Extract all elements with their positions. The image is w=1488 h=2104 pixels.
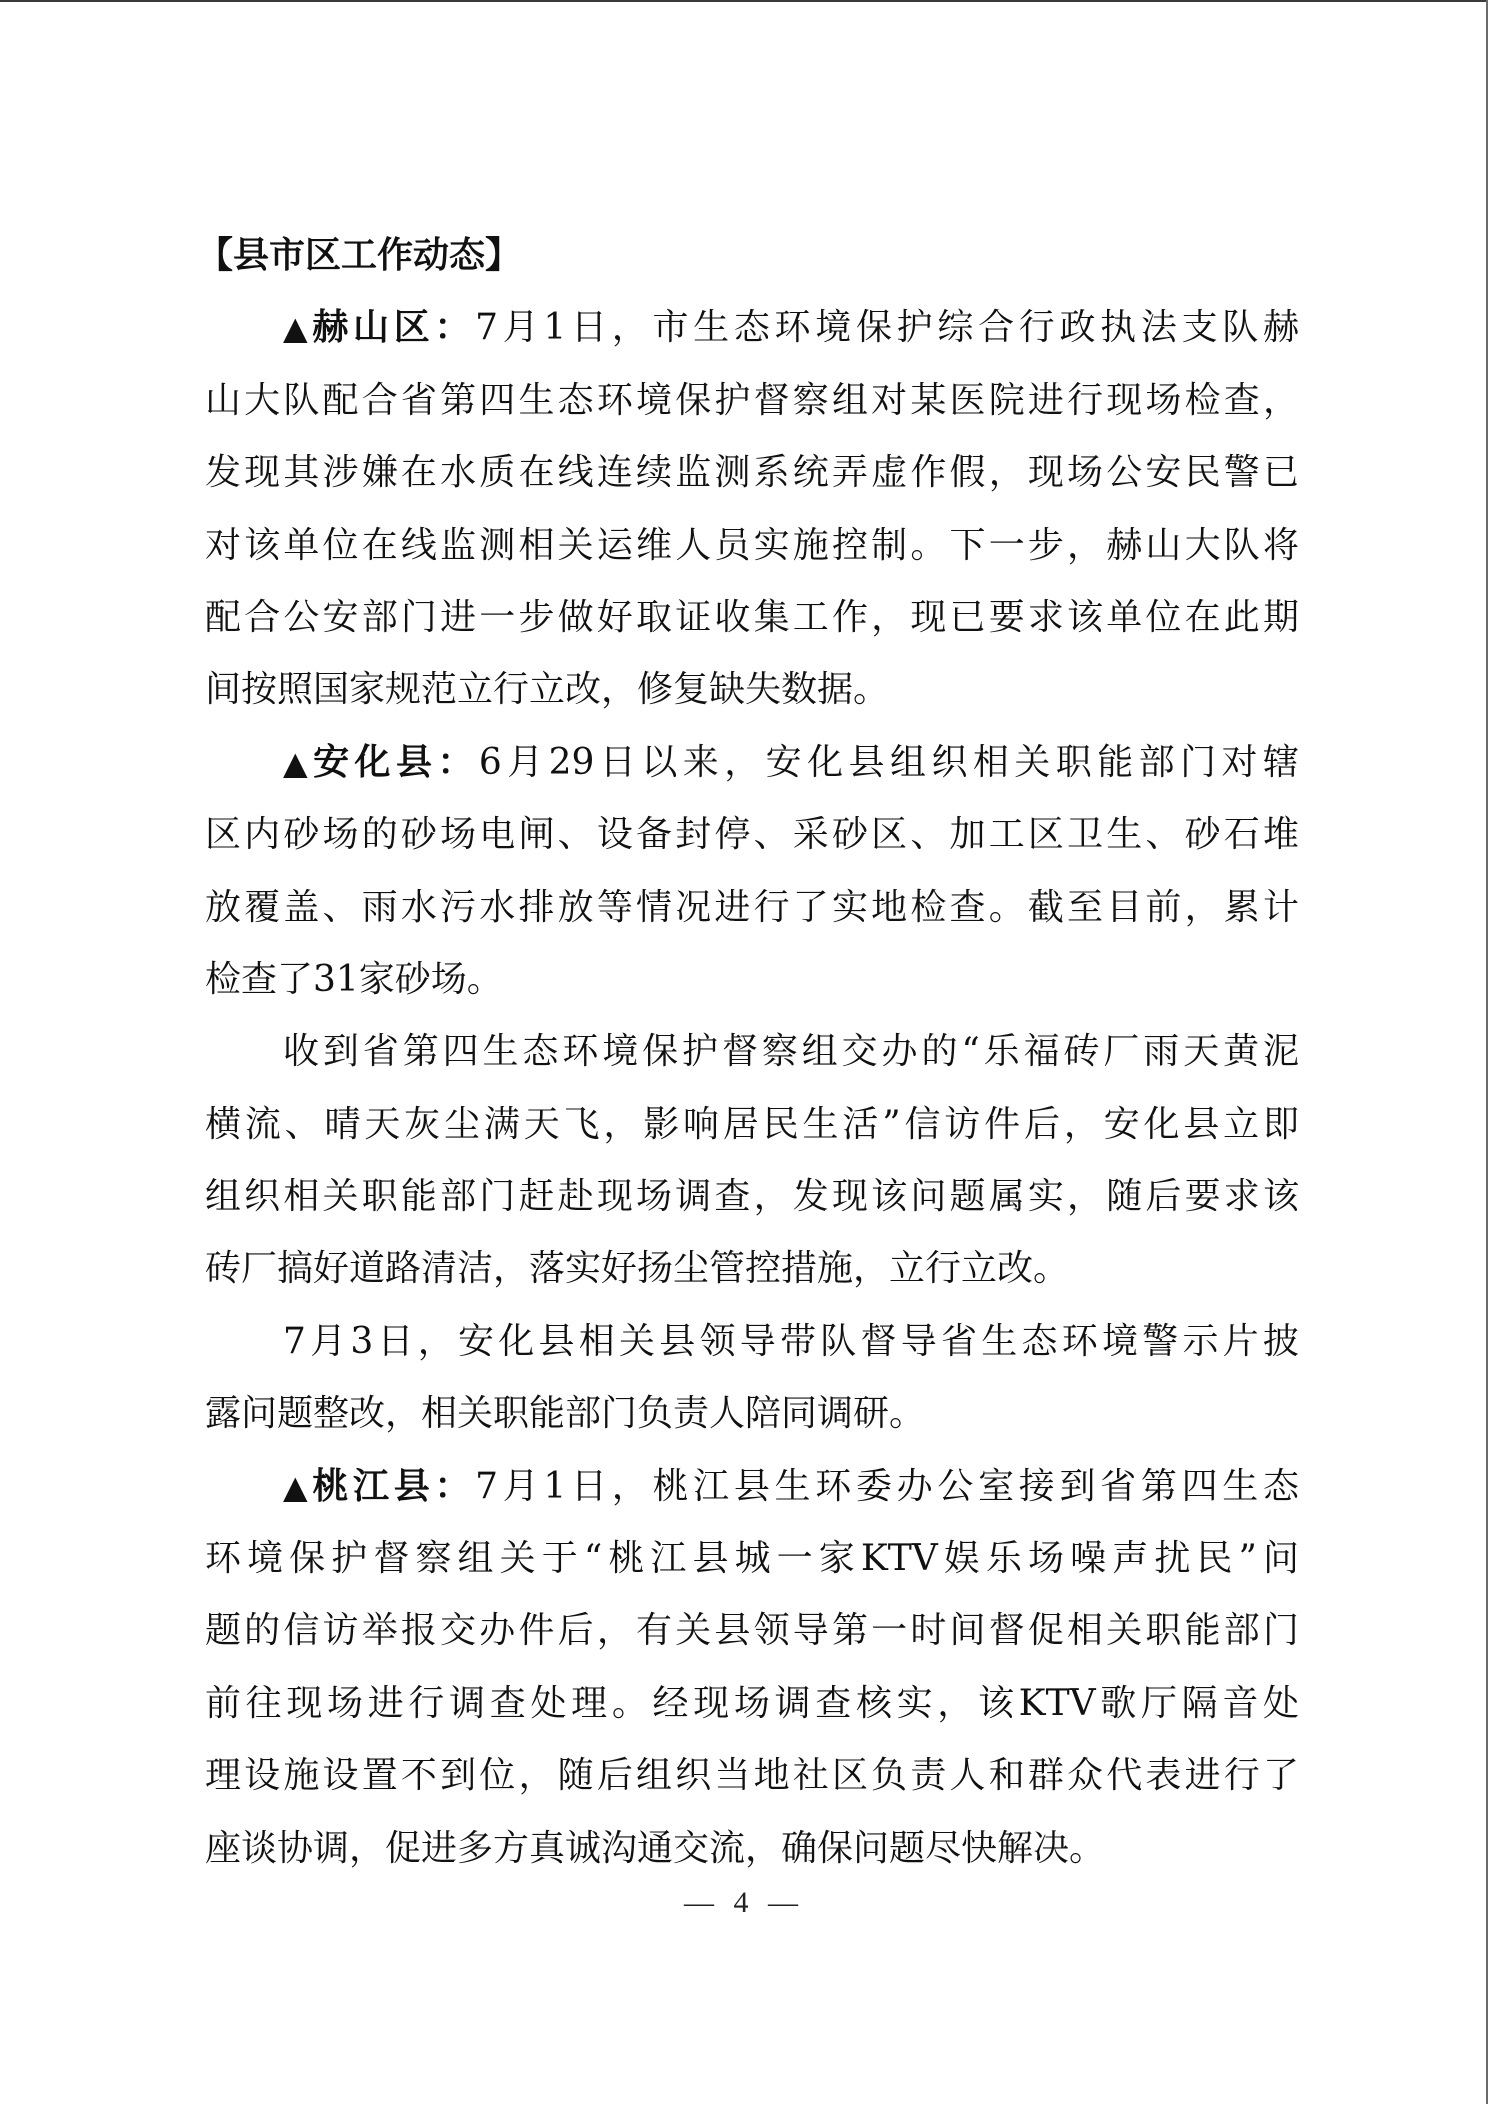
text-line: 7月1日，桃江县生环委办公室接到省第四生态 <box>475 1466 1299 1507</box>
text-line: 横流、晴天灰尘满天飞，影响居民生活”信访件后，安化县立即 <box>205 1098 1299 1170</box>
text-line: 前往现场进行调查处理。经现场调查核实，该KTV歌厅隔音处 <box>205 1677 1299 1749</box>
county-label: 安化县： <box>313 742 479 783</box>
paragraph-heshan: ▲赫山区：7月1日，市生态环境保护综合行政执法支队赫 山大队配合省第四生态环境保… <box>205 301 1299 735</box>
section-heading: 【县市区工作动态】 <box>197 229 1299 301</box>
text-line: 题的信访举报交办件后，有关县领导第一时间督促相关职能部门 <box>205 1604 1299 1676</box>
text-line: 砖厂搞好道路清洁，落实好扬尘管控措施，立行立改。 <box>205 1242 1299 1314</box>
paragraph-first-line: ▲桃江县：7月1日，桃江县生环委办公室接到省第四生态 <box>205 1460 1299 1532</box>
page-number: — 4 — <box>0 1886 1488 1920</box>
paragraph-first-line: ▲安化县：6月29日以来，安化县组织相关职能部门对辖 <box>205 736 1299 808</box>
text-line: 露问题整改，相关职能部门负责人陪同调研。 <box>205 1387 1299 1459</box>
paragraph-anhua-july3: 7月3日，安化县相关县领导带队督导省生态环境警示片披 露问题整改，相关职能部门负… <box>205 1315 1299 1460</box>
text-line: 配合公安部门进一步做好取证收集工作，现已要求该单位在此期 <box>205 591 1299 663</box>
text-line: 对该单位在线监测相关运维人员实施控制。下一步，赫山大队将 <box>205 519 1299 591</box>
text-line: 区内砂场的砂场电闸、设备封停、采砂区、加工区卫生、砂石堆 <box>205 808 1299 880</box>
text-line: 座谈协调，促进多方真诚沟通交流，确保问题尽快解决。 <box>205 1822 1299 1894</box>
county-label: 桃江县： <box>312 1466 475 1507</box>
paragraph-anhua-complaint: 收到省第四生态环境保护督察组交办的“乐福砖厂雨天黄泥 横流、晴天灰尘满天飞，影响… <box>205 1025 1299 1315</box>
page-top-border <box>0 0 1488 2</box>
paragraph-taojiang: ▲桃江县：7月1日，桃江县生环委办公室接到省第四生态 环境保护督察组关于“桃江县… <box>205 1460 1299 1894</box>
text-line: 检查了31家砂场。 <box>205 953 1299 1025</box>
text-line: 收到省第四生态环境保护督察组交办的“乐福砖厂雨天黄泥 <box>205 1025 1299 1097</box>
text-line: 7月3日，安化县相关县领导带队督导省生态环境警示片披 <box>205 1315 1299 1387</box>
text-line: 环境保护督察组关于“桃江县城一家KTV娱乐场噪声扰民”问 <box>205 1532 1299 1604</box>
triangle-bullet-icon: ▲ <box>283 744 313 782</box>
text-line: 放覆盖、雨水污水排放等情况进行了实地检查。截至目前，累计 <box>205 881 1299 953</box>
text-line: 理设施设置不到位，随后组织当地社区负责人和群众代表进行了 <box>205 1749 1299 1821</box>
text-line: 山大队配合省第四生态环境保护督察组对某医院进行现场检查， <box>205 374 1299 446</box>
text-line: 6月29日以来，安化县组织相关职能部门对辖 <box>479 742 1299 783</box>
paragraph-anhua: ▲安化县：6月29日以来，安化县组织相关职能部门对辖 区内砂场的砂场电闸、设备封… <box>205 736 1299 1026</box>
district-label: 赫山区： <box>312 307 475 348</box>
paragraph-first-line: ▲赫山区：7月1日，市生态环境保护综合行政执法支队赫 <box>205 301 1299 373</box>
triangle-bullet-icon: ▲ <box>283 309 312 347</box>
text-line: 间按照国家规范立行立改，修复缺失数据。 <box>205 663 1299 735</box>
document-page: 【县市区工作动态】 ▲赫山区：7月1日，市生态环境保护综合行政执法支队赫 山大队… <box>205 229 1299 1894</box>
text-line: 发现其涉嫌在水质在线连续监测系统弄虚作假，现场公安民警已 <box>205 446 1299 518</box>
text-line: 组织相关职能部门赶赴现场调查，发现该问题属实，随后要求该 <box>205 1170 1299 1242</box>
triangle-bullet-icon: ▲ <box>283 1468 312 1506</box>
text-line: 7月1日，市生态环境保护综合行政执法支队赫 <box>475 307 1299 348</box>
